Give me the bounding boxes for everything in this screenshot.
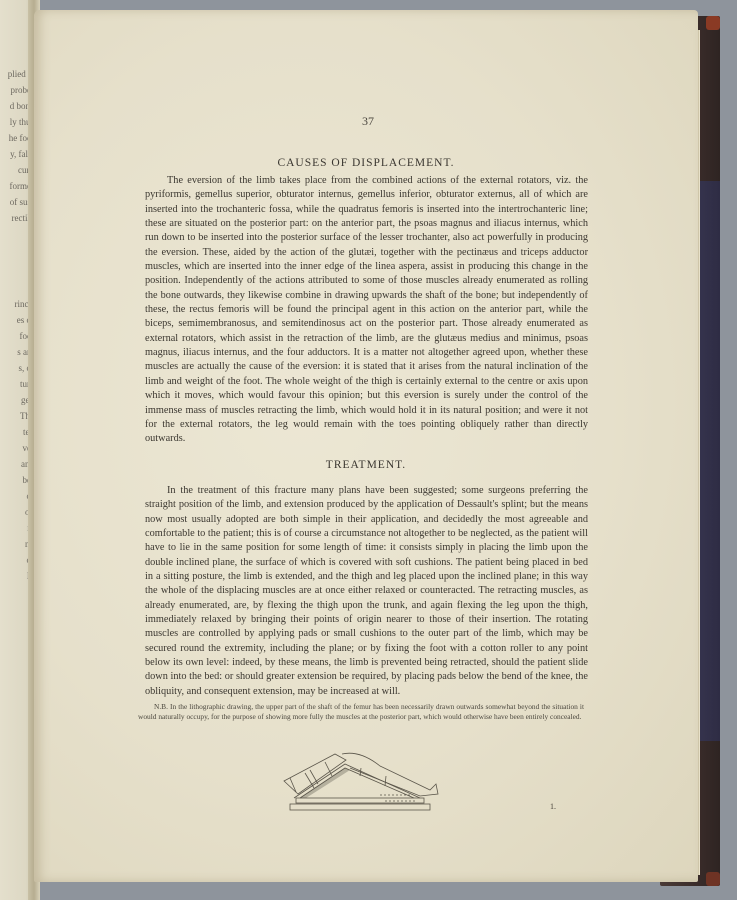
paragraph-text: In the treatment of this fracture many p… [145,484,588,699]
book-page: 37 CAUSES OF DISPLACEMENT. The eversion … [34,10,698,882]
footnote: N.B. In the lithographic drawing, the up… [138,702,584,722]
treatment-paragraph: In the treatment of this fracture many p… [145,484,588,699]
section-heading-causes: CAUSES OF DISPLACEMENT. [34,157,698,169]
cover-corner-top [706,16,720,30]
leg-splint-illustration-icon [280,746,460,816]
figure-label: 1. [550,802,556,811]
causes-paragraph: The eversion of the limb takes place fro… [145,174,588,447]
page-number: 37 [362,114,374,129]
paragraph-text: The eversion of the limb takes place fro… [145,174,588,447]
footnote-text: N.B. In the lithographic drawing, the up… [138,702,584,722]
cover-corner-bottom [706,872,720,886]
section-heading-treatment: TREATMENT. [34,459,698,471]
